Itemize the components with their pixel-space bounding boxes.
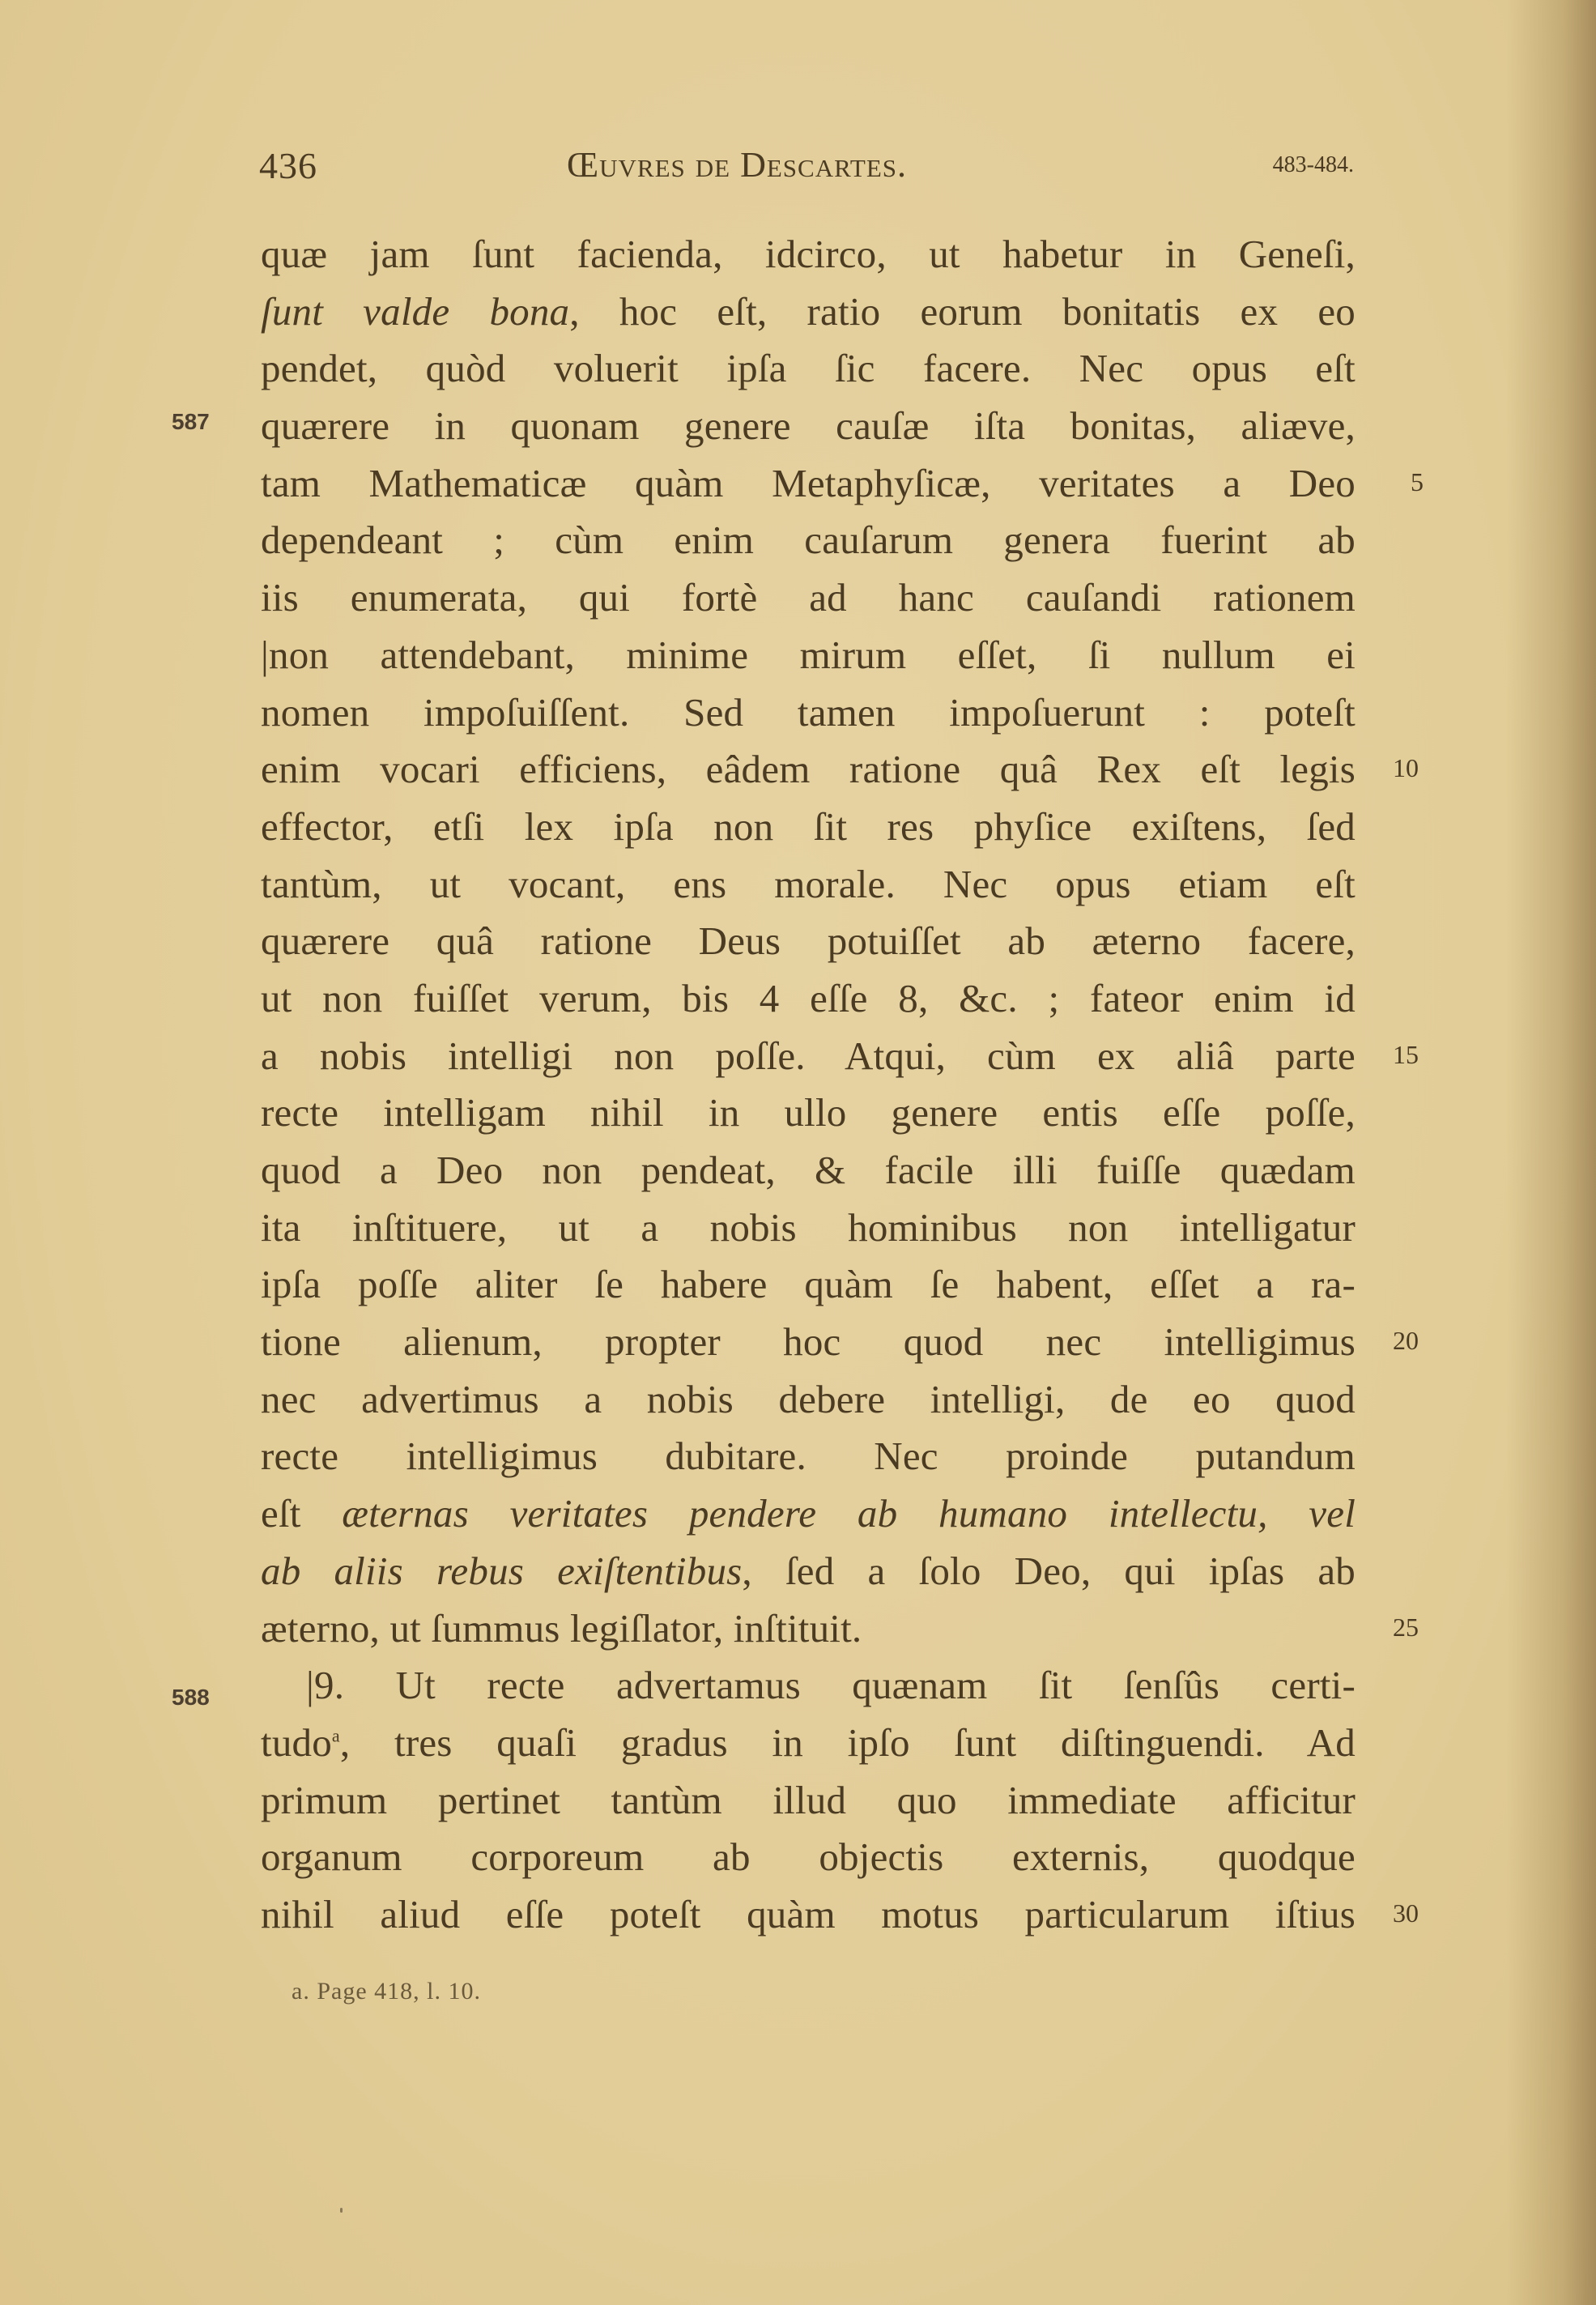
text-line: primum pertinet tantùm illud quo immedia…: [261, 1772, 1356, 1830]
text-line: nec advertimus a nobis debere intelligi,…: [261, 1371, 1356, 1429]
text-line: effector, etſi lex ipſa non ſit res phyſ…: [261, 799, 1356, 856]
page-range: 483-484.: [1273, 152, 1354, 178]
body-text: quæ jam ſunt facienda, idcirco, ut habet…: [261, 226, 1356, 1944]
text-line: tantùm, ut vocant, ens morale. Nec opus …: [261, 856, 1356, 914]
line-number: 20: [1393, 1326, 1419, 1356]
text-line: ita inſtituere, ut a nobis hominibus non…: [261, 1199, 1356, 1257]
text-line: ab aliis rebus exiſtentibus, ſed a ſolo …: [261, 1543, 1356, 1600]
text-line: iis enumerata, qui fortè ad hanc cauſand…: [261, 569, 1356, 627]
margin-ref-number: 587: [172, 409, 210, 435]
text-line: æterno, ut ſummus legiſlator, inſtituit.: [261, 1600, 1356, 1658]
running-title: Œuvres de Descartes.: [567, 144, 907, 185]
text-line: recte intelligam nihil in ullo genere en…: [261, 1084, 1356, 1142]
text-line: quod a Deo non pendeat, & facile illi fu…: [261, 1142, 1356, 1199]
text-line: quærere quâ ratione Deus potuiſſet ab æt…: [261, 913, 1356, 970]
margin-ref-number: 588: [172, 1685, 210, 1711]
text-line: |9. Ut recte advertamus quænam ſit ſenſû…: [261, 1657, 1356, 1715]
footnote: a. Page 418, l. 10.: [292, 1978, 481, 2005]
text-line: tam Mathematicæ quàm Metaphyſicæ, verita…: [261, 455, 1356, 513]
line-number: 25: [1393, 1613, 1419, 1642]
text-line: enim vocari efficiens, eâdem ratione quâ…: [261, 741, 1356, 799]
text-line: organum corporeum ab objectis externis, …: [261, 1829, 1356, 1886]
text-line: |non attendebant, minime mirum eſſet, ſi…: [261, 627, 1356, 684]
page-header: 436 Œuvres de Descartes. 483-484.: [259, 144, 1354, 193]
text-line: nihil aliud eſſe poteſt quàm motus parti…: [261, 1886, 1356, 1944]
text-line: tudoa, tres quaſi gradus in ipſo ſunt di…: [261, 1715, 1356, 1772]
text-line: pendet, quòd voluerit ipſa ſic facere. N…: [261, 340, 1356, 398]
text-line: tione alienum, propter hoc quod nec inte…: [261, 1314, 1356, 1371]
text-line: dependeant ; cùm enim cauſarum genera fu…: [261, 512, 1356, 569]
line-number: 15: [1393, 1040, 1419, 1070]
text-line: quæ jam ſunt facienda, idcirco, ut habet…: [261, 226, 1356, 283]
text-line: eſt æternas veritates pendere ab humano …: [261, 1485, 1356, 1543]
text-line: ut non fuiſſet verum, bis 4 eſſe 8, &c. …: [261, 970, 1356, 1028]
text-line: nomen impoſuiſſent. Sed tamen impoſuerun…: [261, 684, 1356, 742]
page-number: 436: [259, 144, 317, 187]
text-line: a nobis intelligi non poſſe. Atqui, cùm …: [261, 1028, 1356, 1085]
footnote-marker: a: [332, 1726, 340, 1746]
line-number: 10: [1393, 753, 1419, 783]
text-line: ipſa poſſe aliter ſe habere quàm ſe habe…: [261, 1256, 1356, 1314]
text-line: recte intelligimus dubitare. Nec proinde…: [261, 1428, 1356, 1485]
text-line: quærere in quonam genere cauſæ iſta boni…: [261, 398, 1356, 455]
line-number: 30: [1393, 1898, 1419, 1928]
paper-speck: [340, 2208, 343, 2213]
line-number: 5: [1411, 467, 1424, 497]
text-line: ſunt valde bona, hoc eſt, ratio eorum bo…: [261, 283, 1356, 341]
